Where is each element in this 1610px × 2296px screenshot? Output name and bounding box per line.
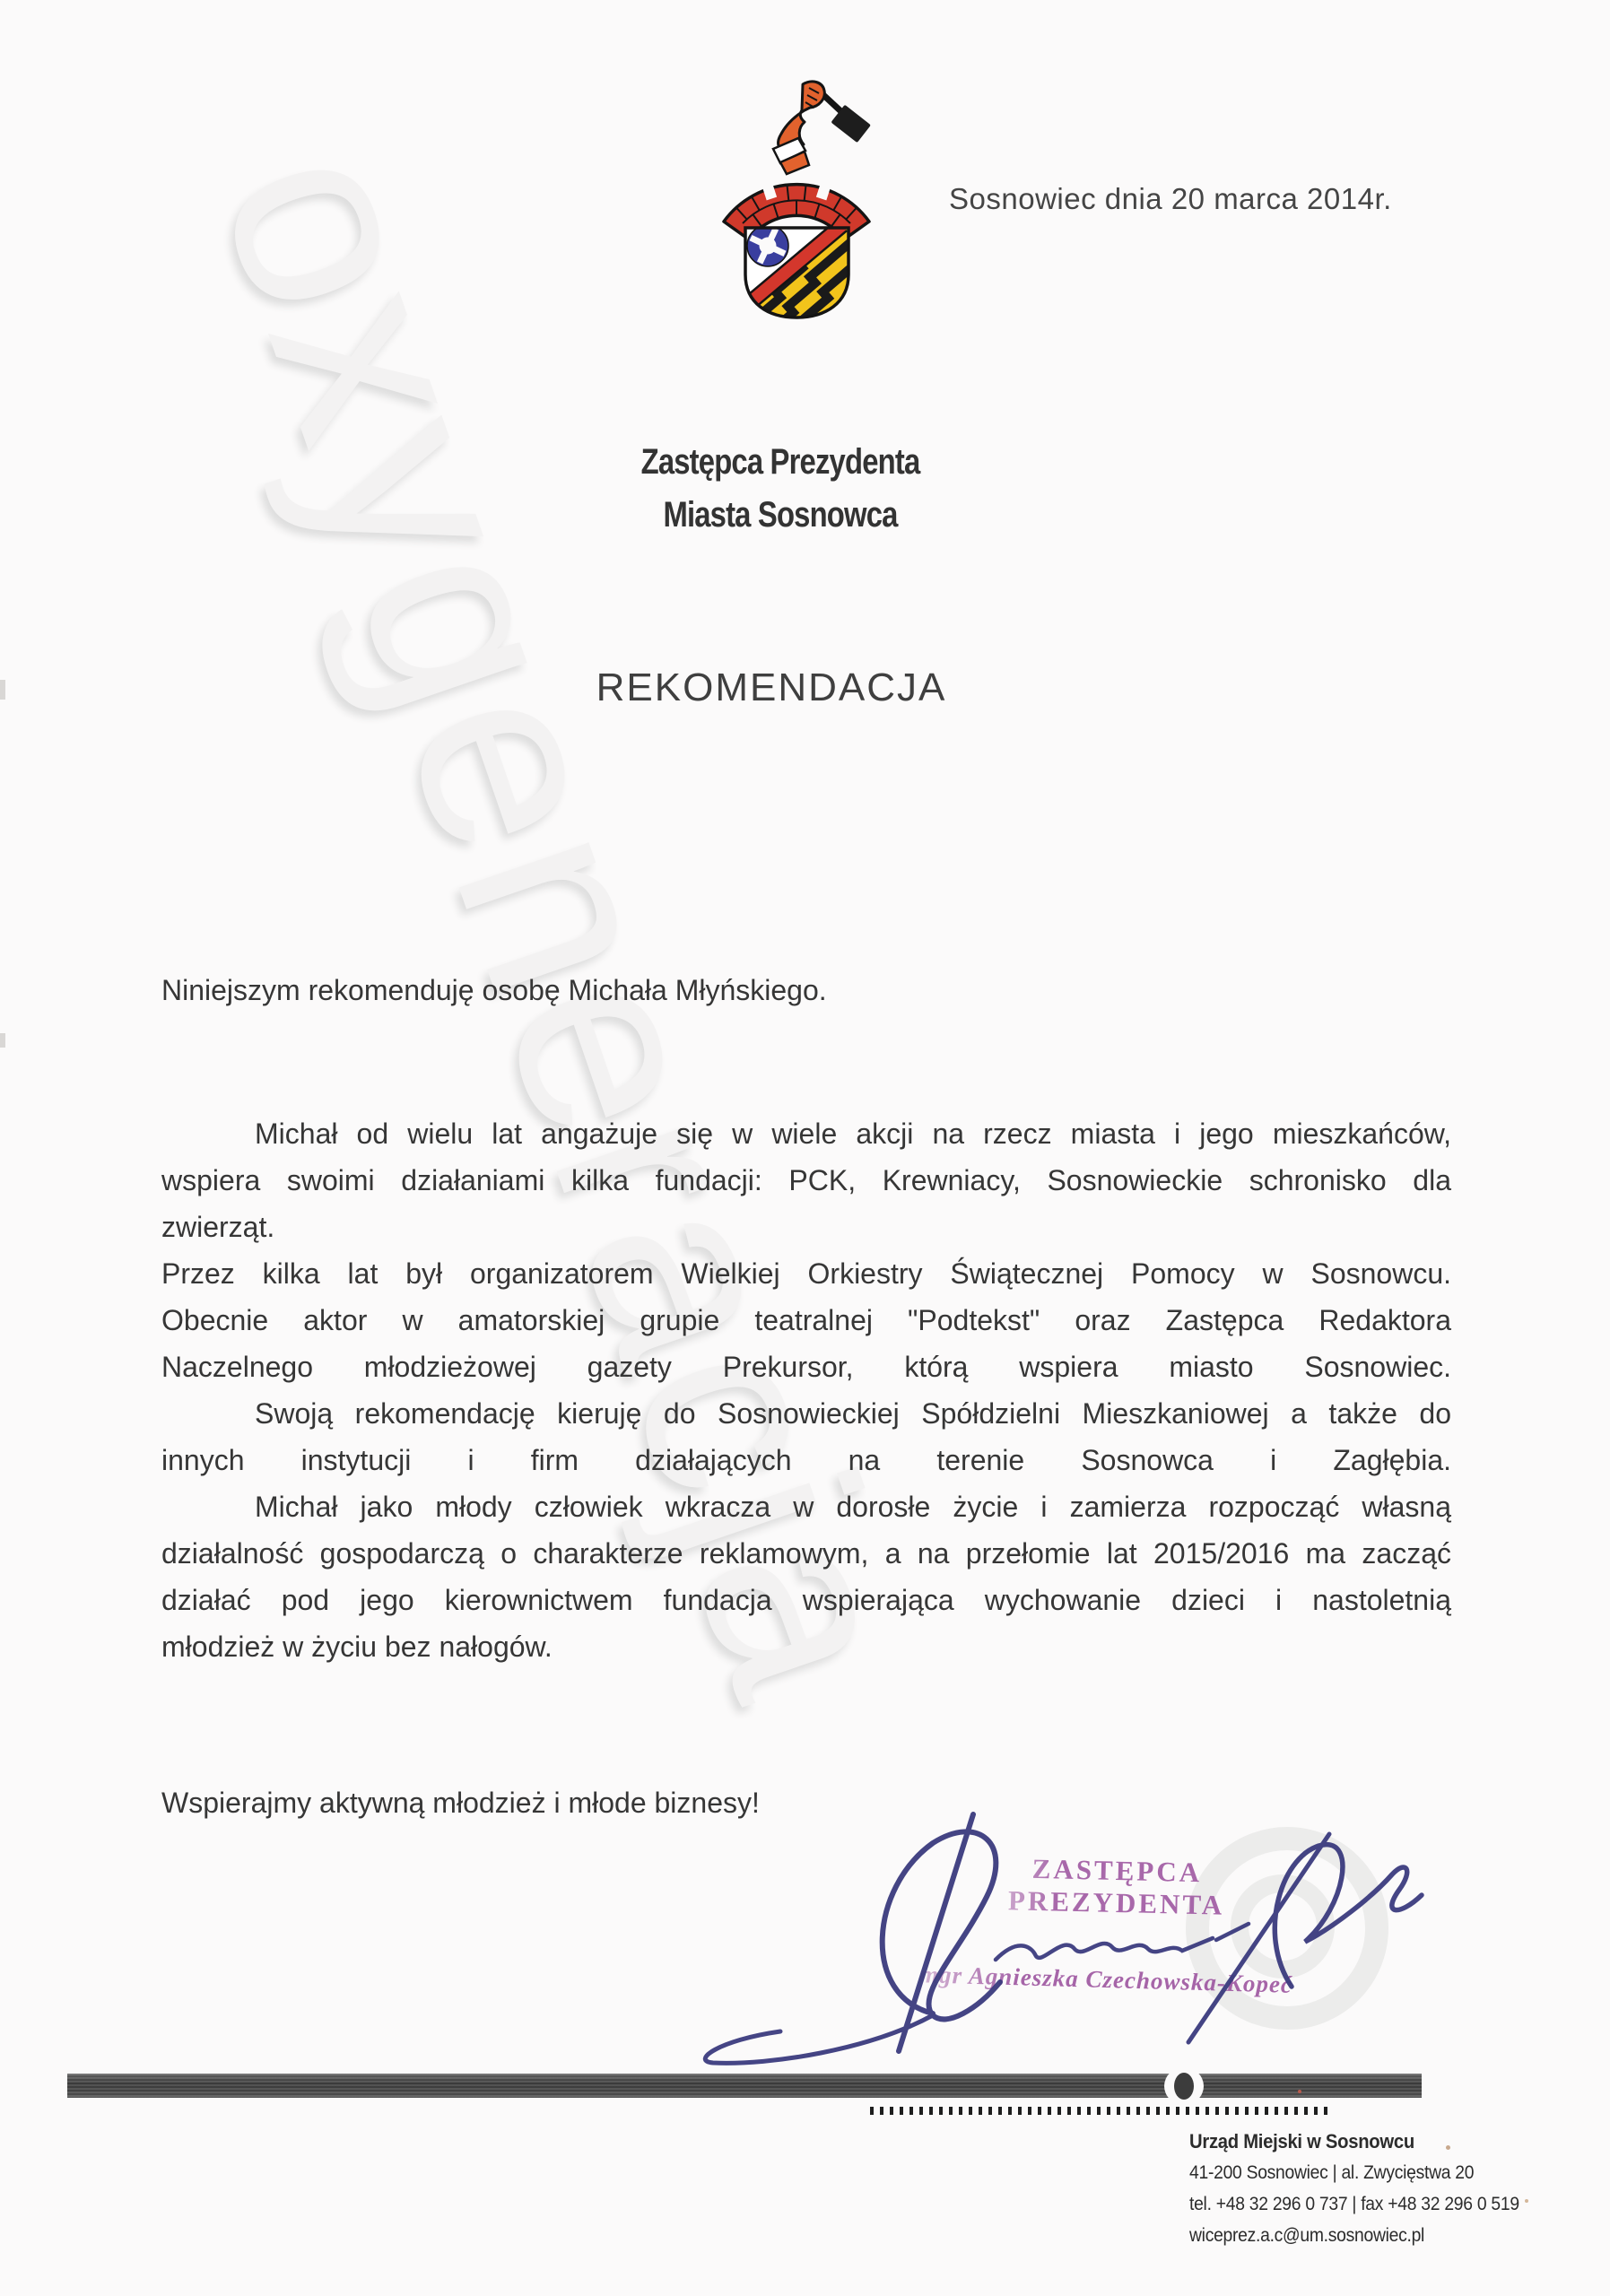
body-line: działać pod jego kierownictwem fundacja … <box>161 1577 1451 1623</box>
body-line: Michał jako młody człowiek wkracza w dor… <box>161 1483 1451 1530</box>
intro-line: Niniejszym rekomenduję osobę Michała Mły… <box>161 967 1451 1013</box>
scanned-letter-page: oxygeneracja <box>0 0 1610 2296</box>
footer-dotted-line <box>870 2107 1329 2115</box>
sosnowiec-coat-of-arms-icon <box>716 77 881 334</box>
footer-phones: tel. +48 32 296 0 737 | fax +48 32 296 0… <box>1189 2188 1519 2220</box>
body-line: Przez kilka lat był organizatorem Wielki… <box>161 1250 1451 1297</box>
paper-speck <box>1446 2145 1450 2150</box>
footer-email: wiceprez.a.c@um.sosnowiec.pl <box>1189 2220 1519 2251</box>
body-line: zwierząt. <box>161 1204 1451 1250</box>
office-title: Zastępca Prezydenta Miasta Sosnowca <box>633 436 927 542</box>
body-line: Michał od wielu lat angażuje się w wiele… <box>161 1110 1451 1157</box>
body-line: innych instytucji i firm działających na… <box>161 1437 1451 1483</box>
body-line: Obecnie aktor w amatorskiej grupie teatr… <box>161 1297 1451 1344</box>
letter-body: Niniejszym rekomenduję osobę Michała Mły… <box>161 967 1451 1670</box>
footer-address: 41-200 Sosnowiec | al. Zwycięstwa 20 <box>1189 2157 1519 2188</box>
footer-org-name: Urząd Miejski w Sosnowcu <box>1189 2126 1519 2157</box>
body-line: Swoją rekomendację kieruję do Sosnowieck… <box>161 1390 1451 1437</box>
paper-speck <box>1525 2199 1528 2203</box>
office-title-line1: Zastępca Prezydenta <box>633 436 927 489</box>
footer-contact-block: Urząd Miejski w Sosnowcu 41-200 Sosnowie… <box>1189 2126 1519 2251</box>
scan-edge-artifact <box>0 1033 5 1048</box>
paper-speck <box>1298 2090 1301 2093</box>
office-title-line2: Miasta Sosnowca <box>633 489 927 542</box>
body-line: działalność gospodarczą o charakterze re… <box>161 1530 1451 1577</box>
document-title: REKOMENDACJA <box>161 665 1381 710</box>
arm-with-hammer-icon <box>773 82 871 174</box>
handwritten-signature <box>664 1780 1435 2090</box>
shield-icon <box>736 219 864 334</box>
body-line: Naczelnego młodzieżowej gazety Prekursor… <box>161 1344 1451 1390</box>
body-line: wspiera swoimi działaniami kilka fundacj… <box>161 1157 1451 1204</box>
blue-wheel-icon <box>747 225 788 266</box>
body-line: młodzież w życiu bez nałogów. <box>161 1623 1451 1670</box>
scan-edge-artifact <box>0 680 5 700</box>
date-line: Sosnowiec dnia 20 marca 2014r. <box>949 182 1392 216</box>
